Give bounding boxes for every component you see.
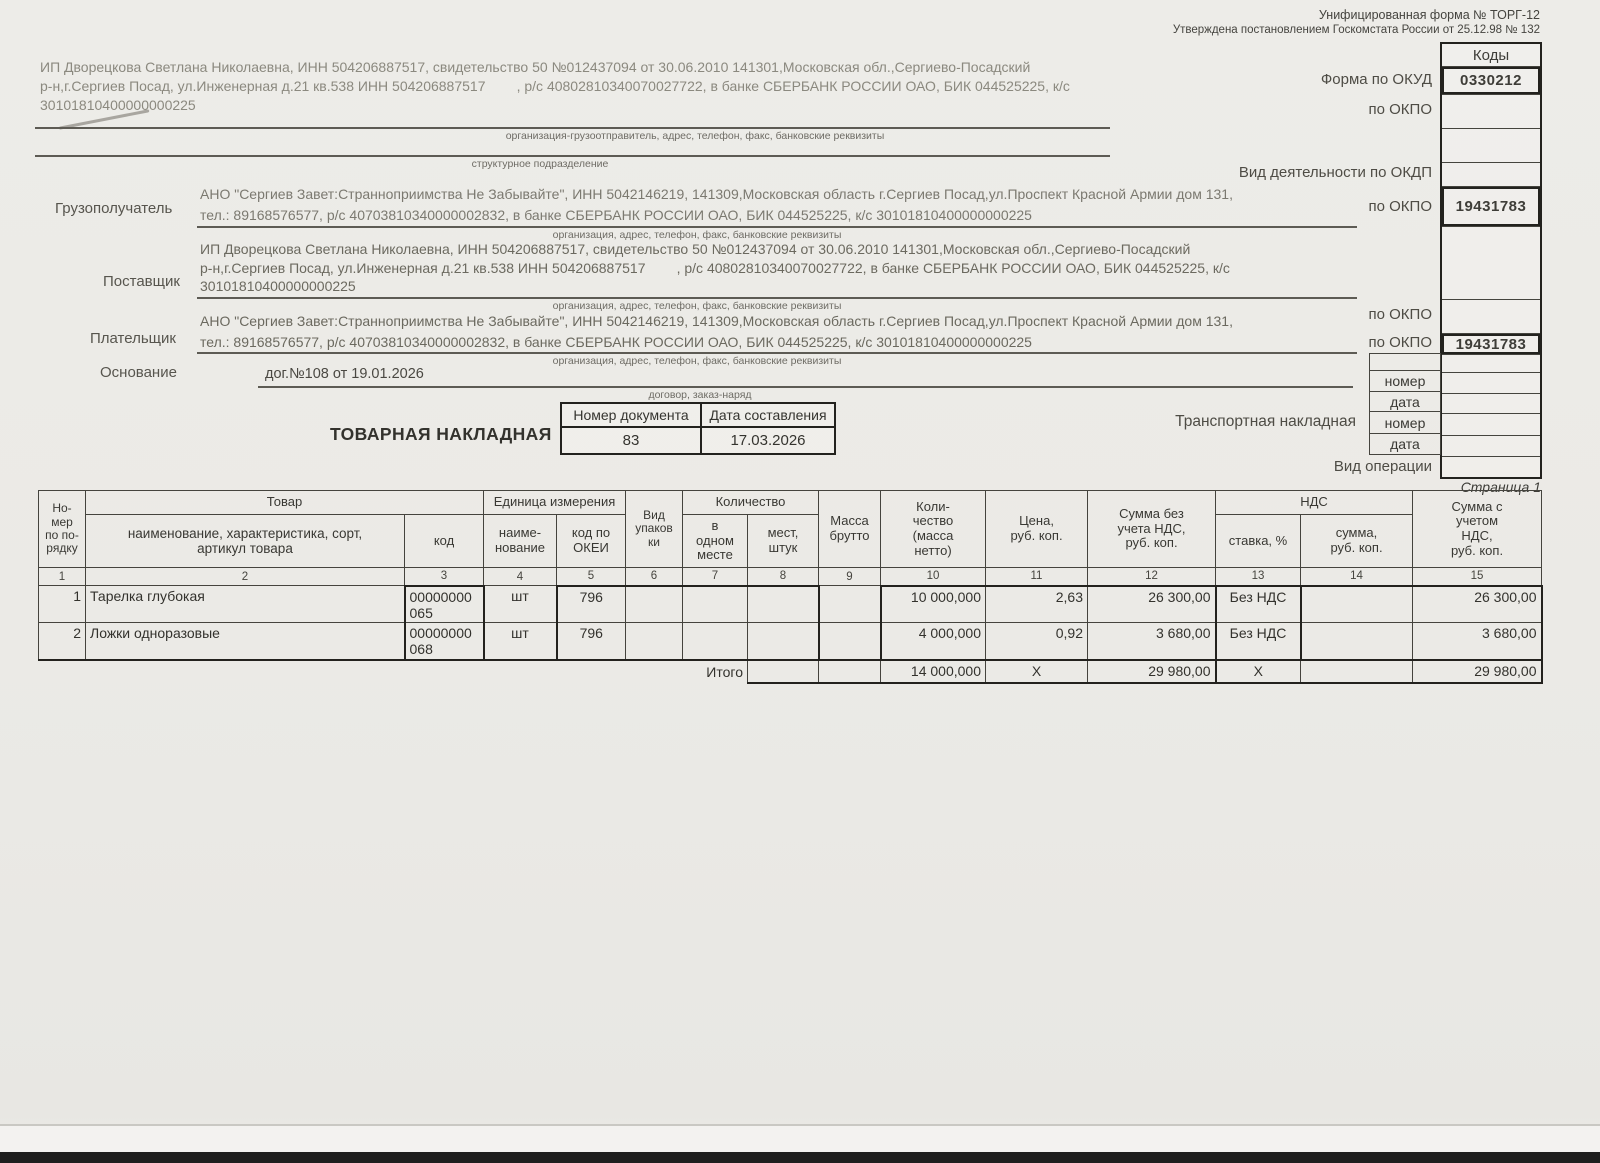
doc-number-value: 83 [562,428,702,453]
structural-unit-underline [35,155,1110,157]
structural-unit-caption: структурное подразделение [35,158,1045,170]
price: 2,63 [986,586,1088,623]
colnum: 4 [484,568,557,586]
document-number-table: Номер документа Дата составления 83 17.0… [560,402,836,455]
col-header-vat-sum: сумма, руб. коп. [1301,515,1413,568]
vat-rate: Без НДС [1216,586,1301,623]
operation-kind-label: Вид операции [1334,458,1432,475]
form-name-line: Унифицированная форма № ТОРГ-12 [1319,8,1540,22]
totals-places [748,660,819,683]
basis-label: Основание [100,364,177,381]
amount-no-vat: 26 300,00 [1088,586,1216,623]
payer-details: АНО "Сергиев Завет:Странноприимства Не З… [200,311,1360,353]
package-kind [626,623,683,660]
okpo-label-supplier: по ОКПО [1369,306,1433,323]
colnum: 15 [1413,568,1542,586]
price: 0,92 [986,623,1088,660]
totals-amount-with-vat: 29 980,00 [1413,660,1542,683]
number-date-labels: номер дата номер дата [1369,353,1441,455]
basis-value: дог.№108 от 19.01.2026 [265,366,424,382]
product-code: 00000000 068 [405,623,484,660]
per-place [683,586,748,623]
okud-label: Форма по ОКУД [1321,71,1432,88]
col-header-netqty: Коли- чество (масса нетто) [881,491,986,568]
consignee-okpo-value: 19431783 [1442,187,1540,227]
table-row: 2 Ложки одноразовые 00000000 068 шт 796 … [39,623,1542,660]
gross-mass [819,623,881,660]
colnum: 9 [819,568,881,586]
shipper-okpo-value [1442,95,1540,129]
totals-vat-sum [1301,660,1413,683]
product-code: 00000000 065 [405,586,484,623]
document-title: ТОВАРНАЯ НАКЛАДНАЯ [330,424,552,445]
goods-table: Но- мер по по- рядку Товар Единица измер… [38,490,1543,684]
product-name: Тарелка глубокая [86,586,405,623]
doc-number-header: Номер документа [562,404,702,428]
colnum: 2 [86,568,405,586]
row-num: 2 [39,623,86,660]
colnum: 7 [683,568,748,586]
basis-number-label: номер [1370,371,1440,392]
colnum: 1 [39,568,86,586]
col-header-price: Цена, руб. коп. [986,491,1088,568]
amount-with-vat: 26 300,00 [1413,586,1542,623]
okei-code: 796 [557,623,626,660]
col-header-unit-code: код по ОКЕИ [557,515,626,568]
basis-date-value [1442,394,1540,414]
basis-number-value [1442,373,1540,394]
basis-date-label: дата [1370,392,1440,412]
package-kind [626,586,683,623]
empty-code-cell [1442,227,1540,300]
colnum: 5 [557,568,626,586]
vat-sum [1301,586,1413,623]
payer-label: Плательщик [90,330,176,347]
col-header-goods-name: наименование, характеристика, сорт, арти… [86,515,405,568]
okdp-value [1442,163,1540,187]
column-numbers-row: 1 2 3 4 5 6 7 8 9 10 11 12 13 14 15 [39,568,1542,586]
colnum: 14 [1301,568,1413,586]
doc-date-header: Дата составления [702,404,834,428]
colnum: 13 [1216,568,1301,586]
payer-okpo-value: 19431783 [1442,334,1540,355]
shipper-underline [35,127,1110,129]
okdp-label: Вид деятельности по ОКДП [1239,164,1432,181]
waybill-number-value [1442,414,1540,436]
per-place [683,623,748,660]
col-header-amount-vat: Сумма с учетом НДС, руб. коп. [1413,491,1542,568]
col-header-amount-novat: Сумма без учета НДС, руб. коп. [1088,491,1216,568]
col-header-qty-group: Количество [683,491,819,515]
waybill-number-label: номер [1370,412,1440,434]
col-header-unit-name: наиме- нование [484,515,557,568]
col-header-vat-rate: ставка, % [1216,515,1301,568]
col-header-package: Вид упаков ки [626,491,683,568]
supplier-okpo-value [1442,300,1540,334]
totals-vat-x: X [1216,660,1301,683]
supplier-underline [197,297,1357,299]
vat-rate: Без НДС [1216,623,1301,660]
col-header-num: Но- мер по по- рядку [39,491,86,568]
net-qty: 4 000,000 [881,623,986,660]
col-header-places: мест, штук [748,515,819,568]
form-approval-line: Утверждена постановлением Госкомстата Ро… [1173,24,1540,36]
col-header-goods-group: Товар [86,491,484,515]
row-num: 1 [39,586,86,623]
totals-label: Итого [683,660,748,683]
scanner-background [0,1152,1600,1163]
header-row-2: наименование, характеристика, сорт, арти… [39,515,1542,568]
places [748,623,819,660]
basis-caption: договор, заказ-наряд [258,389,1142,401]
col-header-goods-code: код [405,515,484,568]
payer-underline [197,352,1357,354]
colnum: 11 [986,568,1088,586]
amount-no-vat: 3 680,00 [1088,623,1216,660]
consignee-details: АНО "Сергиев Завет:Странноприимства Не З… [200,184,1360,226]
totals-gross [819,660,881,683]
shipper-caption: организация-грузоотправитель, адрес, тел… [35,130,1355,142]
places [748,586,819,623]
totals-row: Итого 14 000,000 X 29 980,00 X 29 980,00 [39,660,1542,683]
product-name: Ложки одноразовые [86,623,405,660]
col-header-gross: Масса брутто [819,491,881,568]
unit-name: шт [484,623,557,660]
header-row-1: Но- мер по по- рядку Товар Единица измер… [39,491,1542,515]
colnum: 8 [748,568,819,586]
okpo-label-shipper: по ОКПО [1369,101,1433,118]
okei-code: 796 [557,586,626,623]
shipper-details: ИП Дворецкова Светлана Николаевна, ИНН 5… [40,58,1155,115]
net-qty: 10 000,000 [881,586,986,623]
okpo-label-consignee: по ОКПО [1369,198,1433,215]
okud-value: 0330212 [1442,67,1540,95]
unit-name: шт [484,586,557,623]
supplier-label: Поставщик [103,273,180,290]
col-header-unit-group: Единица измерения [484,491,626,515]
codes-box: Коды 0330212 19431783 19431783 [1440,42,1542,479]
supplier-details: ИП Дворецкова Светлана Николаевна, ИНН 5… [200,240,1360,296]
operation-kind-value [1442,457,1540,477]
col-header-vat-group: НДС [1216,491,1413,515]
gross-mass [819,586,881,623]
colnum: 6 [626,568,683,586]
amount-with-vat: 3 680,00 [1413,623,1542,660]
colnum: 10 [881,568,986,586]
consignee-underline [197,226,1357,228]
table-row: 1 Тарелка глубокая 00000000 065 шт 796 1… [39,586,1542,623]
codes-title: Коды [1442,44,1540,67]
transport-waybill-label: Транспортная накладная [1175,413,1356,431]
totals-amount-no-vat: 29 980,00 [1088,660,1216,683]
empty-label-cell [1370,354,1440,371]
consignee-label: Грузополучатель [55,200,172,217]
waybill-date-label: дата [1370,434,1440,454]
waybill-date-value [1442,436,1540,457]
colnum: 12 [1088,568,1216,586]
basis-underline [258,386,1353,388]
paper-edge-zone [0,1126,1600,1152]
colnum: 3 [405,568,484,586]
structural-unit-code [1442,129,1540,163]
torg12-scanned-document: Унифицированная форма № ТОРГ-12 Утвержде… [0,0,1600,1163]
vat-sum [1301,623,1413,660]
totals-qty: 14 000,000 [881,660,986,683]
okpo-label-payer: по ОКПО [1369,334,1433,351]
empty-code-cell [1442,355,1540,373]
col-header-per-place: в одном месте [683,515,748,568]
totals-price-x: X [986,660,1088,683]
doc-date-value: 17.03.2026 [702,428,834,453]
